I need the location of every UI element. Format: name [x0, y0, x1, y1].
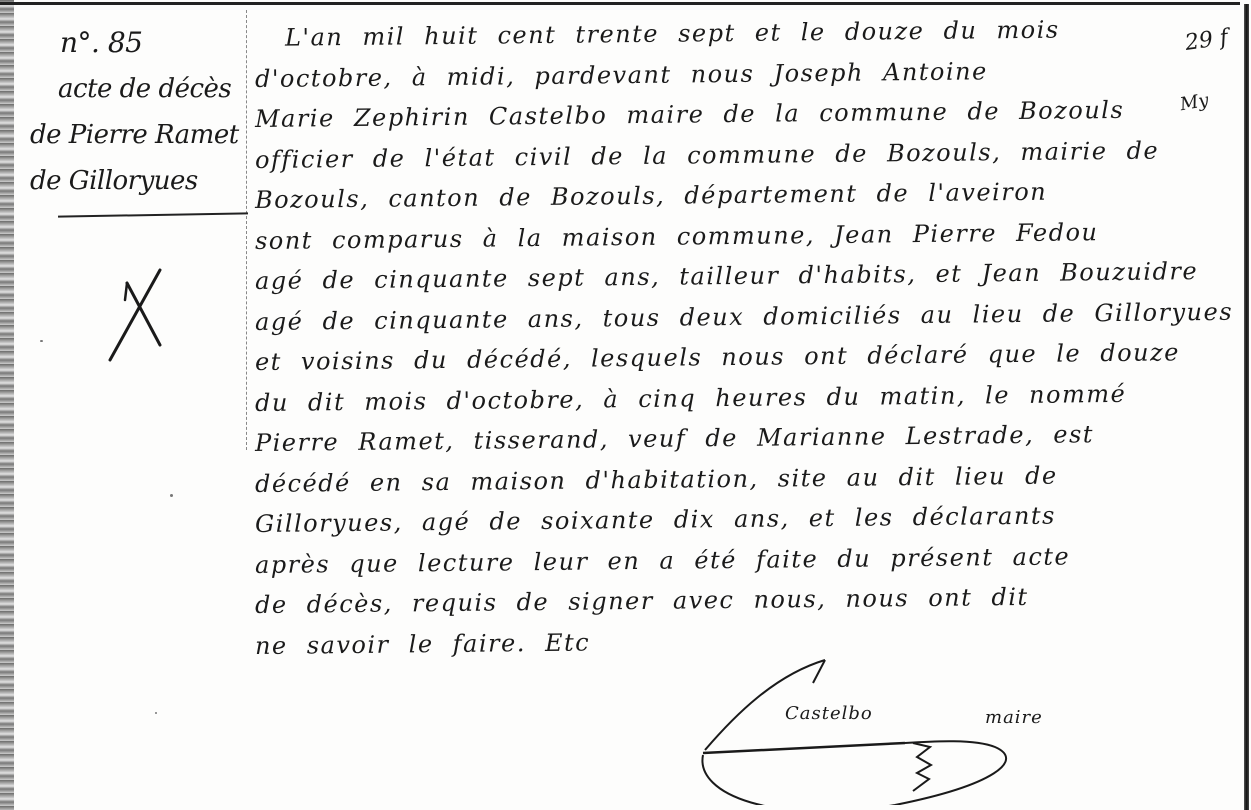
- margin-notes: n°. 85 acte de décès de Pierre Ramet de …: [30, 20, 240, 216]
- cross-mark-icon: [105, 265, 175, 365]
- paper-speck: [40, 340, 43, 342]
- act-body: L'an mil huit cent trente sept et le dou…: [255, 18, 1155, 666]
- deceased-name: de Pierre Ramet: [30, 112, 240, 158]
- annotation-top-right: 29 f: [1183, 25, 1229, 56]
- right-border-rule: [1244, 4, 1249, 810]
- page-binding-edge: [0, 0, 14, 810]
- act-number: n°. 85: [60, 20, 240, 66]
- document-page: n°. 85 acte de décès de Pierre Ramet de …: [0, 0, 1251, 810]
- signature-name: Castelbo: [785, 703, 873, 724]
- signature-title: maire: [985, 707, 1043, 728]
- paper-speck: [155, 712, 157, 714]
- paper-speck: [170, 494, 173, 497]
- margin-rule: [246, 10, 248, 450]
- margin-underline: [58, 212, 248, 217]
- top-border-rule: [0, 2, 1240, 5]
- signature-flourish-icon: [695, 655, 1035, 805]
- mayor-signature: Castelbo maire: [695, 655, 1035, 805]
- annotation-side-right: My: [1178, 90, 1210, 116]
- act-title: acte de décès: [58, 66, 240, 112]
- deceased-place: de Gilloryues: [30, 158, 240, 204]
